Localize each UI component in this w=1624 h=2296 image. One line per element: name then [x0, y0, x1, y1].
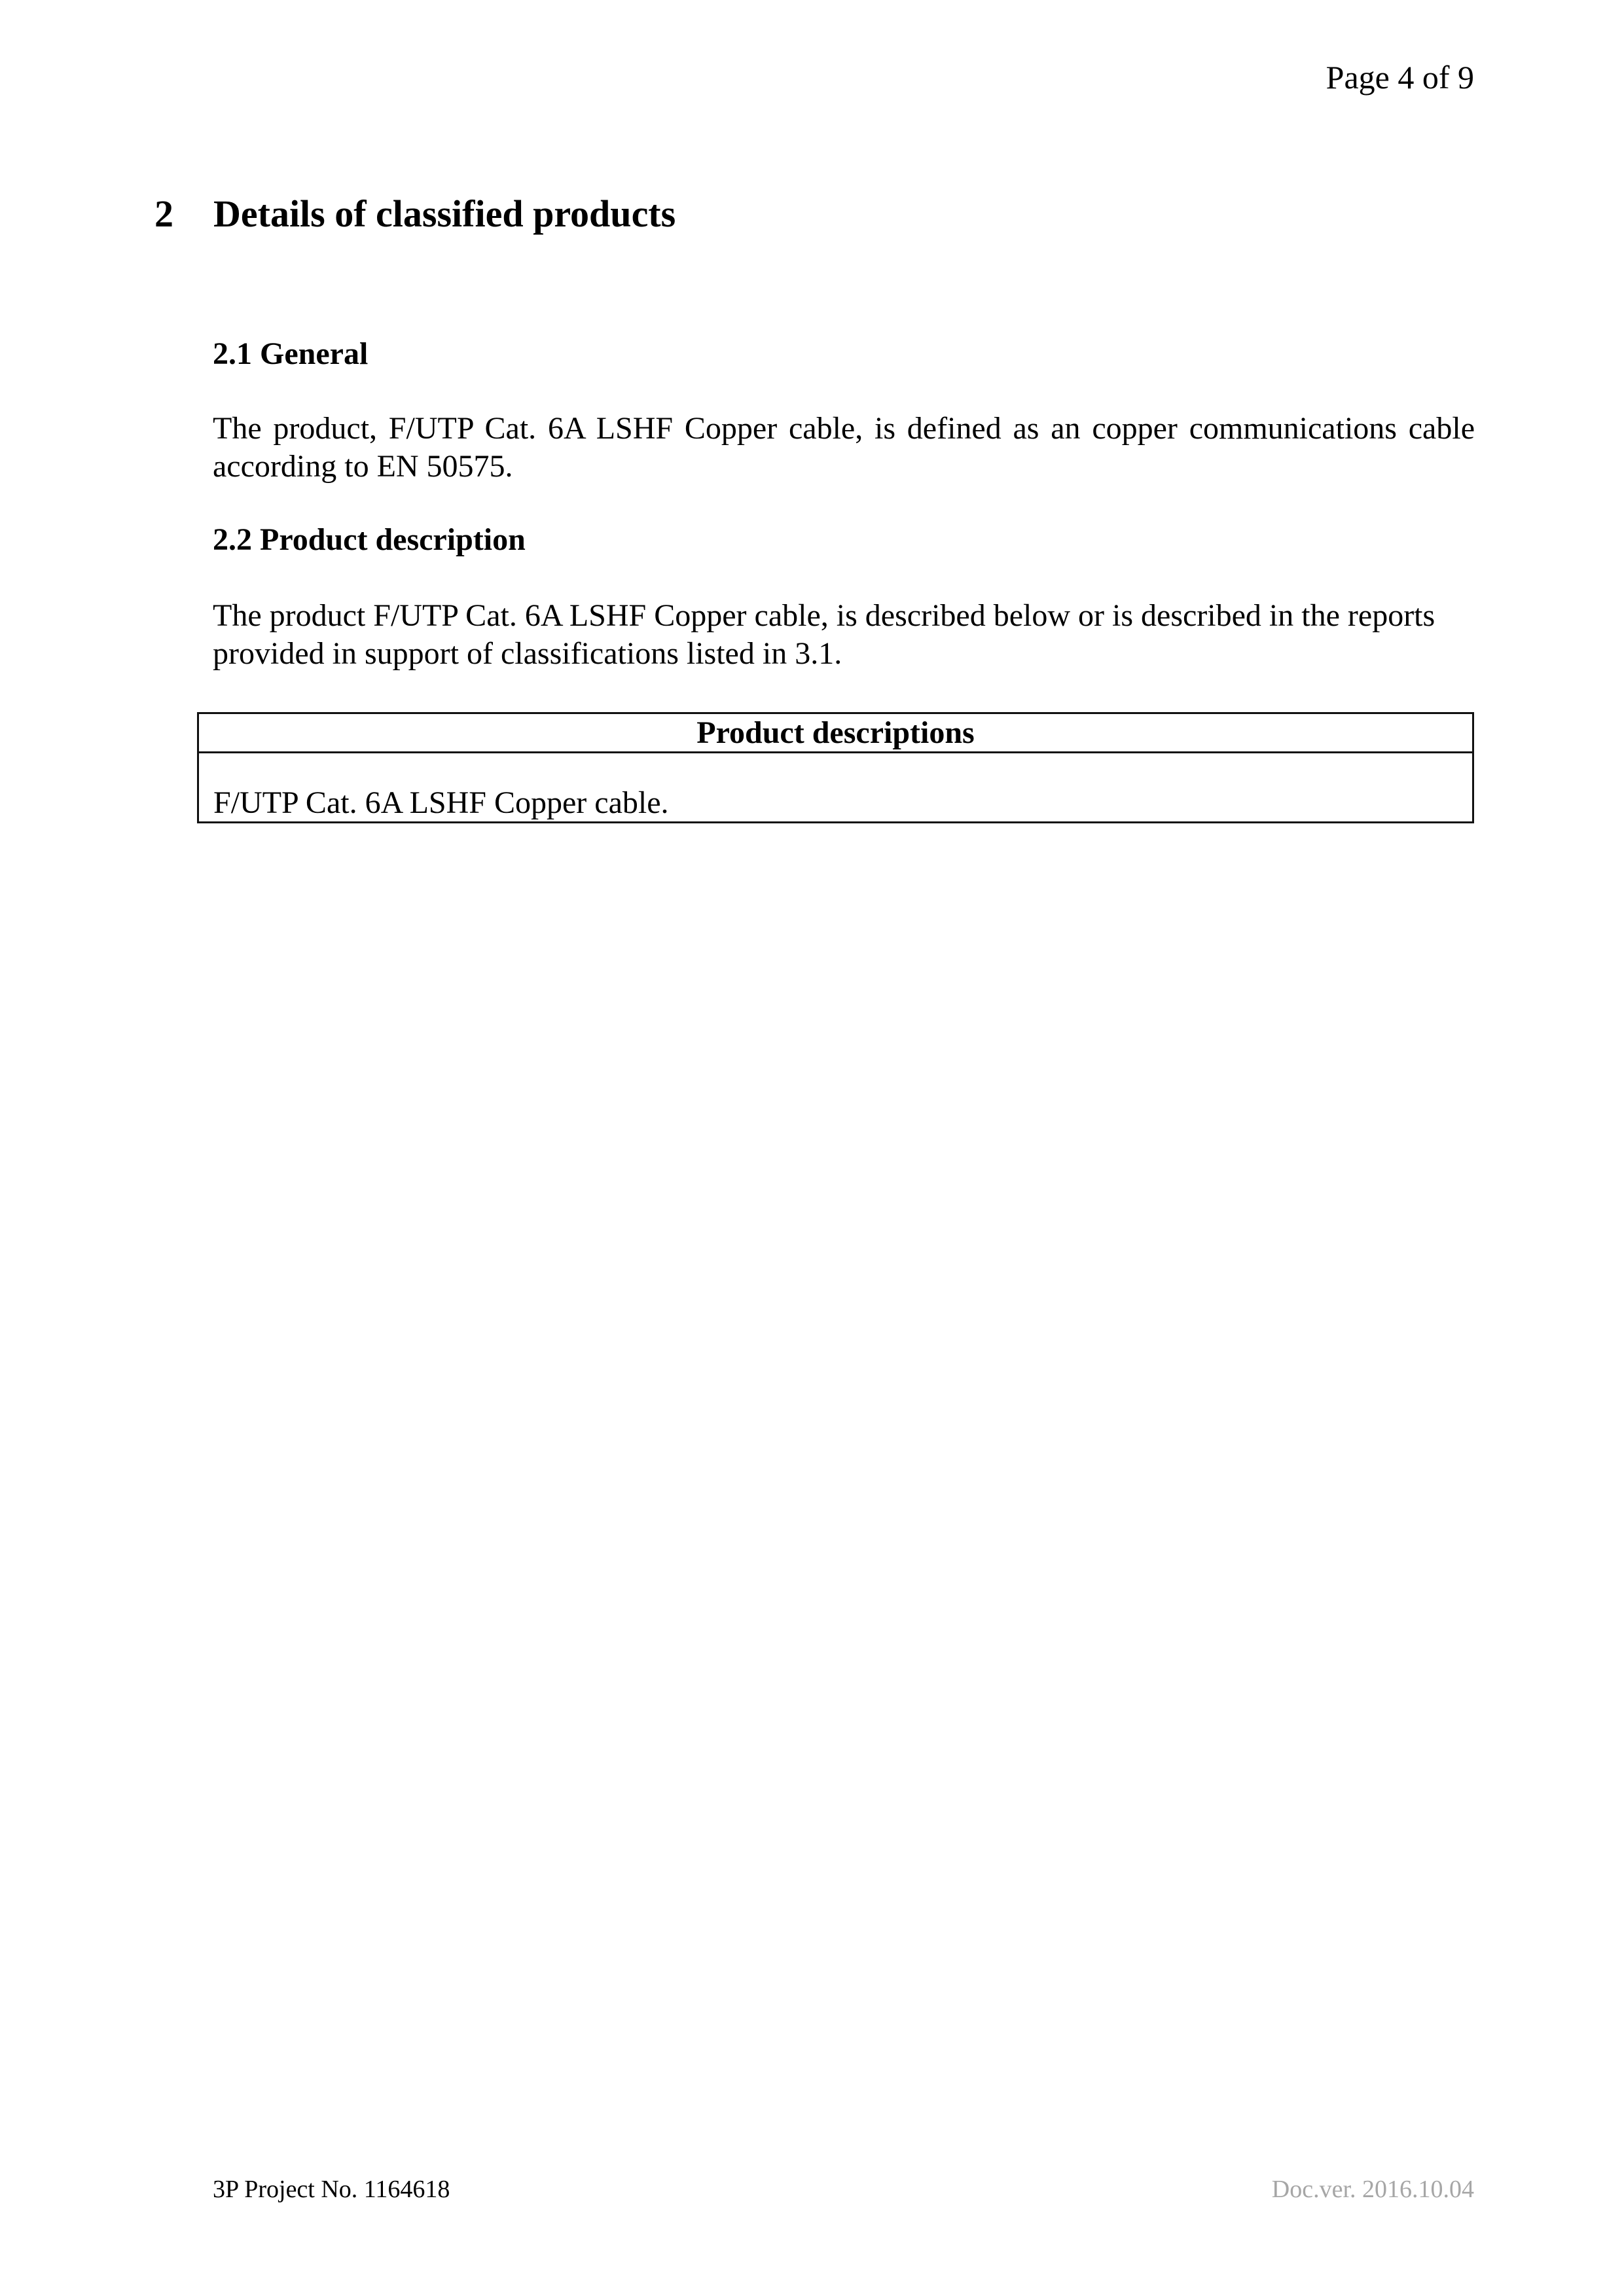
- product-description-paragraph: The product F/UTP Cat. 6A LSHF Copper ca…: [213, 597, 1456, 673]
- table-row: F/UTP Cat. 6A LSHF Copper cable.: [198, 753, 1473, 823]
- subsection-heading-product-description: 2.2 Product description: [213, 521, 526, 559]
- subsection-heading-general: 2.1 General: [213, 335, 368, 373]
- table-cell: F/UTP Cat. 6A LSHF Copper cable.: [198, 753, 1473, 823]
- general-paragraph: The product, F/UTP Cat. 6A LSHF Copper c…: [213, 410, 1475, 486]
- footer-project-number: 3P Project No. 1164618: [213, 2174, 450, 2204]
- section-title: Details of classified products: [213, 192, 676, 235]
- table-header-row: Product descriptions: [198, 713, 1473, 753]
- product-descriptions-table: Product descriptions F/UTP Cat. 6A LSHF …: [197, 712, 1474, 823]
- page-number: Page 4 of 9: [1326, 58, 1474, 97]
- footer-doc-version: Doc.ver. 2016.10.04: [1272, 2174, 1474, 2204]
- table-header-cell: Product descriptions: [198, 713, 1473, 753]
- section-number: 2: [154, 191, 213, 237]
- section-heading: 2Details of classified products: [154, 191, 676, 237]
